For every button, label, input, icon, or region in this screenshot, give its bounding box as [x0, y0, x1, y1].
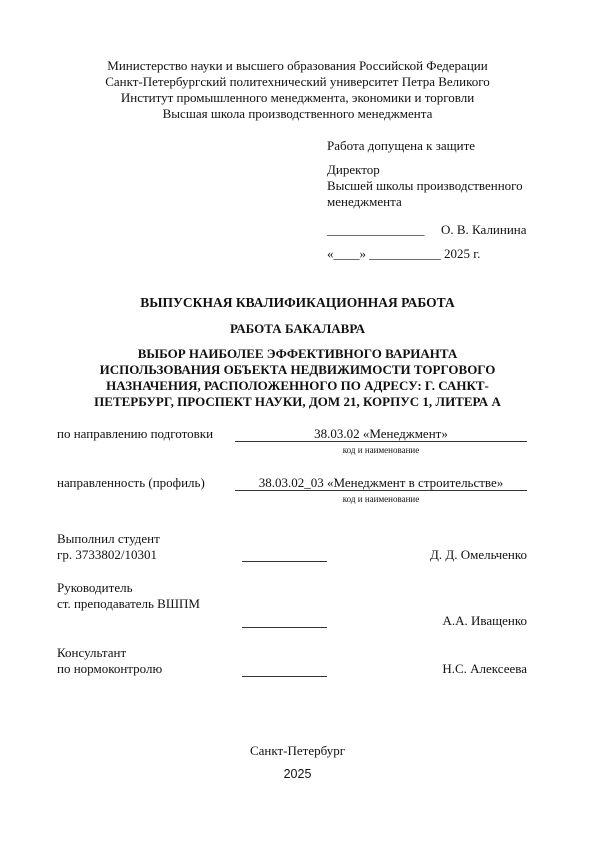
admitted-text: Работа допущена к защите	[327, 138, 475, 154]
supervisor-signature-line	[242, 614, 327, 628]
director-signature-blank: _______________	[327, 222, 425, 238]
consultant-role: Консультант	[57, 645, 126, 661]
school-line: Высшая школа производственного менеджмен…	[0, 106, 595, 122]
profile-value: 38.03.02_03 «Менеджмент в строительстве»	[235, 475, 527, 491]
supervisor-name: А.А. Иващенко	[442, 613, 527, 629]
work-type-title: ВЫПУСКНАЯ КВАЛИФИКАЦИОННАЯ РАБОТА	[0, 295, 595, 311]
director-name: О. В. Калинина	[441, 222, 527, 238]
footer-year: 2025	[0, 767, 595, 781]
topic-line-3: НАЗНАЧЕНИЯ, РАСПОЛОЖЕННОГО ПО АДРЕСУ: Г.…	[0, 378, 595, 394]
profile-label: направленность (профиль)	[57, 475, 205, 491]
consultant-area: по нормоконтролю	[57, 661, 162, 677]
topic-line-4: ПЕТЕРБУРГ, ПРОСПЕКТ НАУКИ, ДОМ 21, КОРПУ…	[0, 394, 595, 410]
department-line2: менеджмента	[327, 194, 402, 210]
direction-label: по направлению подготовки	[57, 426, 213, 442]
direction-value: 38.03.02 «Менеджмент»	[235, 426, 527, 442]
supervisor-position: ст. преподаватель ВШПМ	[57, 596, 200, 612]
ministry-line: Министерство науки и высшего образования…	[0, 58, 595, 74]
approval-date-line: «____» ___________ 2025 г.	[327, 246, 480, 262]
department-line1: Высшей школы производственного	[327, 178, 523, 194]
director-title: Директор	[327, 162, 380, 178]
degree-title: РАБОТА БАКАЛАВРА	[0, 321, 595, 337]
consultant-signature-line	[242, 663, 327, 677]
topic-line-2: ИСПОЛЬЗОВАНИЯ ОБЪЕКТА НЕДВИЖИМОСТИ ТОРГО…	[0, 362, 595, 378]
consultant-name: Н.С. Алексеева	[442, 661, 527, 677]
student-role: Выполнил студент	[57, 531, 160, 547]
student-name: Д. Д. Омельченко	[430, 547, 527, 563]
topic-line-1: ВЫБОР НАИБОЛЕЕ ЭФФЕКТИВНОГО ВАРИАНТА	[0, 346, 595, 362]
profile-hint: код и наименование	[235, 494, 527, 504]
university-line: Санкт-Петербургский политехнический унив…	[0, 74, 595, 90]
footer-city: Санкт-Петербург	[0, 743, 595, 759]
student-signature-line	[242, 548, 327, 562]
direction-hint: код и наименование	[235, 445, 527, 455]
student-group: гр. 3733802/10301	[57, 547, 157, 563]
institute-line: Институт промышленного менеджмента, экон…	[0, 90, 595, 106]
supervisor-role: Руководитель	[57, 580, 133, 596]
